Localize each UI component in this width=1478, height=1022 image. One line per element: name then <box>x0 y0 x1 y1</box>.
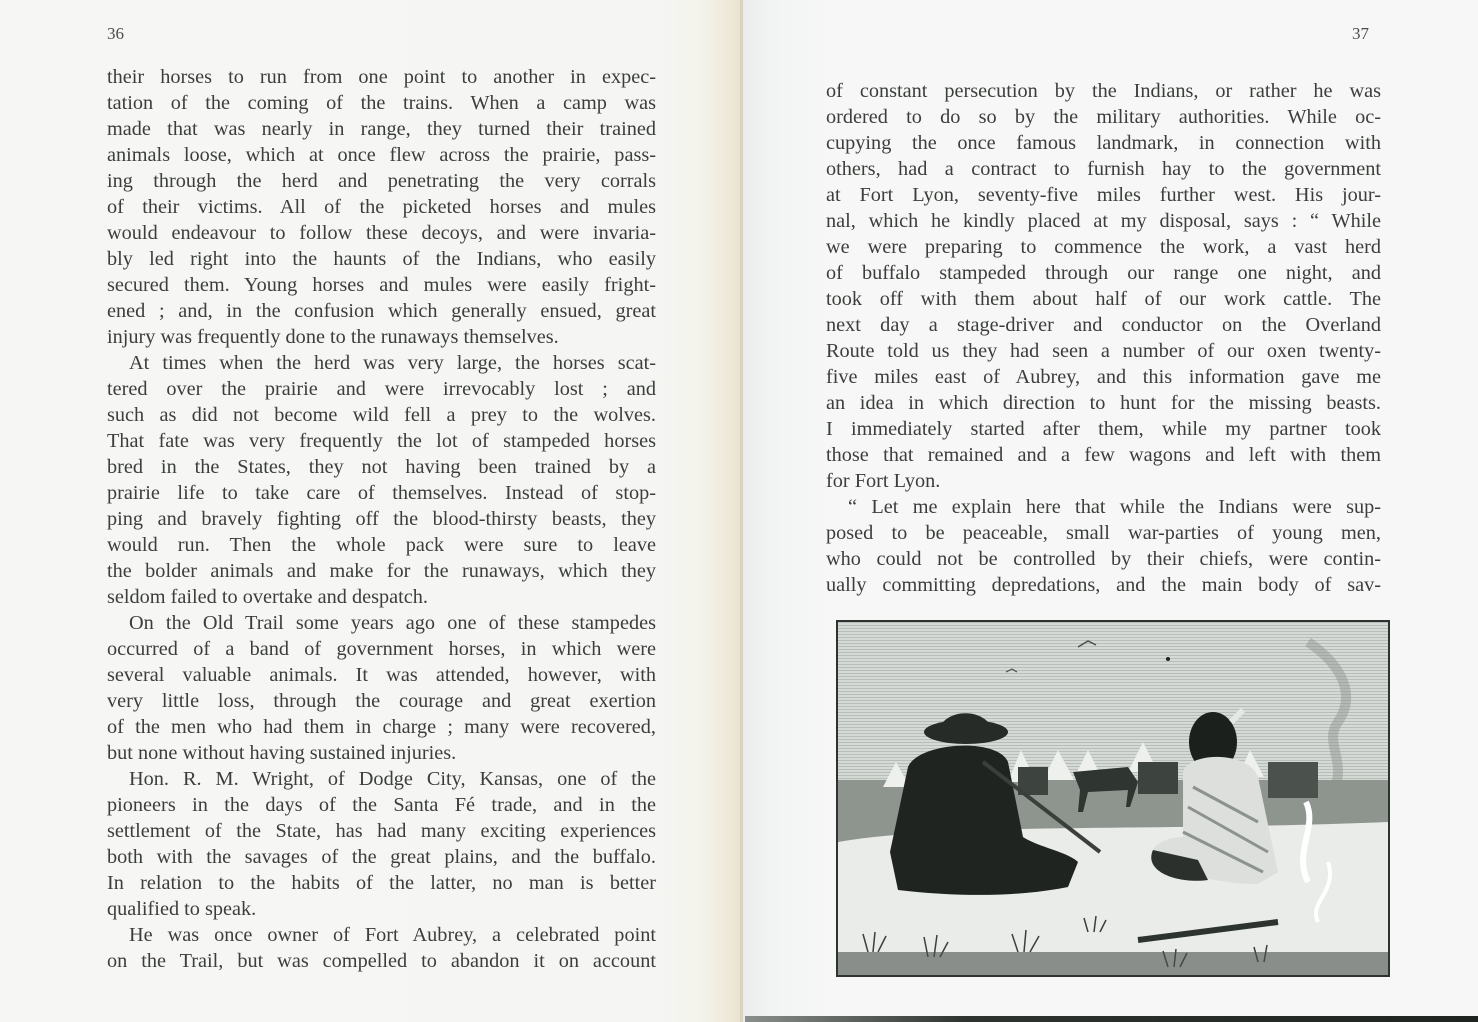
text-line: settlement of the State, has had many ex… <box>107 818 656 844</box>
text-line: of their victims. All of the picketed ho… <box>107 194 656 220</box>
text-line: for Fort Lyon. <box>826 468 1381 494</box>
text-line: tation of the coming of the trains. When… <box>107 90 656 116</box>
text-line: five miles east of Aubrey, and this info… <box>826 364 1381 390</box>
text-line: would run. Then the whole pack were sure… <box>107 532 656 558</box>
campfire-scene-icon <box>838 622 1388 975</box>
text-line: ping and bravely fighting off the blood-… <box>107 506 656 532</box>
text-line: bred in the States, they not having been… <box>107 454 656 480</box>
text-line: ened ; and, in the confusion which gener… <box>107 298 656 324</box>
text-line: pioneers in the days of the Santa Fé tra… <box>107 792 656 818</box>
text-line: animals loose, which at once flew across… <box>107 142 656 168</box>
book-gutter <box>740 0 743 1022</box>
text-line: next day a stage-driver and conductor on… <box>826 312 1381 338</box>
text-line: seldom failed to overtake and despatch. <box>107 584 656 610</box>
text-line: That fate was very frequently the lot of… <box>107 428 656 454</box>
page-number-right: 37 <box>1352 24 1369 44</box>
text-line: their horses to run from one point to an… <box>107 64 656 90</box>
text-line: very little loss, through the courage an… <box>107 688 656 714</box>
text-line: In relation to the habits of the latter,… <box>107 870 656 896</box>
text-line: ing through the herd and penetrating the… <box>107 168 656 194</box>
text-line: took off with them about half of our wor… <box>826 286 1381 312</box>
text-line: of the men who had them in charge ; many… <box>107 714 656 740</box>
book-spread: 36 their horses to run from one point to… <box>0 0 1478 1022</box>
text-line: the bolder animals and make for the runa… <box>107 558 656 584</box>
left-page-body: their horses to run from one point to an… <box>107 64 656 974</box>
text-line: on the Trail, but was compelled to aband… <box>107 948 656 974</box>
text-line: ordered to do so by the military authori… <box>826 104 1381 130</box>
text-line: at Fort Lyon, seventy-five miles further… <box>826 182 1381 208</box>
text-line: made that was nearly in range, they turn… <box>107 116 656 142</box>
right-page-body: of constant persecution by the Indians, … <box>826 78 1381 598</box>
text-line: injury was frequently done to the runawa… <box>107 324 656 350</box>
paragraph-start-line: “ Let me explain here that while the Ind… <box>826 494 1381 520</box>
text-line: I immediately started after them, while … <box>826 416 1381 442</box>
paragraph-start-line: Hon. R. M. Wright, of Dodge City, Kansas… <box>107 766 656 792</box>
text-line: such as did not become wild fell a prey … <box>107 402 656 428</box>
text-line: nal, which he kindly placed at my dispos… <box>826 208 1381 234</box>
text-line: several valuable animals. It was attende… <box>107 662 656 688</box>
text-line: both with the savages of the great plain… <box>107 844 656 870</box>
paragraph-start-line: At times when the herd was very large, t… <box>107 350 656 376</box>
text-line: bly led right into the haunts of the Ind… <box>107 246 656 272</box>
text-line: of buffalo stampeded through our range o… <box>826 260 1381 286</box>
text-line: Route told us they had seen a number of … <box>826 338 1381 364</box>
paragraph-start-line: On the Old Trail some years ago one of t… <box>107 610 656 636</box>
text-line: of constant persecution by the Indians, … <box>826 78 1381 104</box>
text-line: an idea in which direction to hunt for t… <box>826 390 1381 416</box>
text-line: who could not be controlled by their chi… <box>826 546 1381 572</box>
text-line: posed to be peaceable, small war-parties… <box>826 520 1381 546</box>
text-line: cupying the once famous landmark, in con… <box>826 130 1381 156</box>
text-line: others, had a contract to furnish hay to… <box>826 156 1381 182</box>
text-line: tered over the prairie and were irrevoca… <box>107 376 656 402</box>
text-line: but none without having sustained injuri… <box>107 740 656 766</box>
left-page: 36 their horses to run from one point to… <box>0 0 742 1022</box>
book-cover-edge <box>745 1016 1478 1022</box>
text-line: occurred of a band of government horses,… <box>107 636 656 662</box>
page-number-left: 36 <box>107 24 124 44</box>
text-line: those that remained and a few wagons and… <box>826 442 1381 468</box>
text-line: would endeavour to follow these decoys, … <box>107 220 656 246</box>
engraving-illustration <box>836 620 1390 977</box>
text-line: secured them. Young horses and mules wer… <box>107 272 656 298</box>
text-line: ually committing depredations, and the m… <box>826 572 1381 598</box>
text-line: prairie life to take care of themselves.… <box>107 480 656 506</box>
paragraph-start-line: He was once owner of Fort Aubrey, a cele… <box>107 922 656 948</box>
text-line: we were preparing to commence the work, … <box>826 234 1381 260</box>
text-line: qualified to speak. <box>107 896 656 922</box>
